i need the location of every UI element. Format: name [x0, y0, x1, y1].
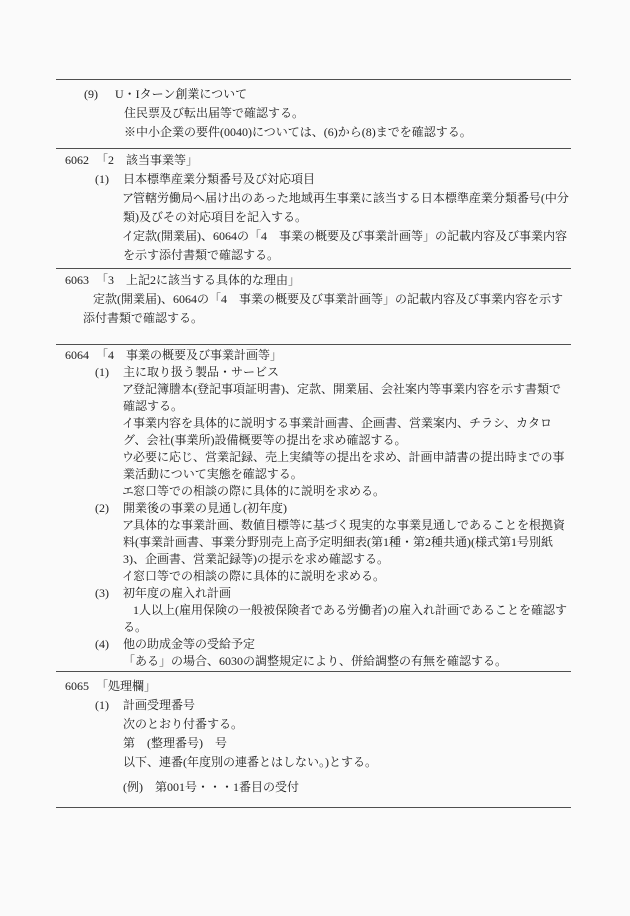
clause-text: (例) 第001号・・・1番目の受付	[123, 780, 299, 794]
clause-row: (1) 主に取り扱う製品・サービス	[0, 364, 572, 381]
document-page: (9) U・Iターン創業について 住民票及び転出届等で確認する。 ※中小企業の要…	[0, 0, 630, 916]
clause-marker: (2)	[95, 500, 109, 517]
clause-row: 「ある」の場合、6030の調整規定により、併給調整の有無を確認する。	[0, 653, 572, 670]
section-block-top: (9) U・Iターン創業について 住民票及び転出届等で確認する。 ※中小企業の要…	[0, 85, 572, 142]
section-divider	[56, 79, 571, 80]
clause-marker: (4)	[95, 636, 109, 653]
clause-text: 具体的な事業計画、数値目標等に基づく現実的な事業見通しであることを根拠資料(事業…	[123, 518, 565, 566]
clause-marker: ア	[112, 189, 134, 208]
clause-row: 以下、連番(年度別の連番とはしない。)とする。	[0, 753, 572, 772]
clause-row: エ 窓口等での相談の際に具体的に説明を求める。	[0, 483, 572, 500]
clause-marker: ア	[112, 517, 134, 534]
clause-row: (1) 計画受理番号	[0, 696, 572, 715]
clause-text: 計画受理番号	[123, 698, 195, 712]
section-block-6065: 6065 「処理欄」 (1) 計画受理番号 次のとおり付番する。 第 (整理番号…	[0, 677, 572, 797]
clause-marker: (1)	[95, 364, 109, 381]
clause-row: (1) 日本標準産業分類番号及び対応項目	[0, 170, 572, 189]
section-block-6062: 6062 「2 該当事業等」 (1) 日本標準産業分類番号及び対応項目 ア 管轄…	[0, 151, 572, 265]
clause-text: 1人以上(雇用保険の一般被保険者である労働者)の雇入れ計画であることを確認する。	[123, 603, 567, 634]
section-divider	[56, 344, 571, 345]
clause-row: 1人以上(雇用保険の一般被保険者である労働者)の雇入れ計画であることを確認する。	[0, 602, 572, 636]
clause-row: イ 事業内容を具体的に説明する事業計画書、企画書、営業案内、チラシ、カタログ、会…	[0, 415, 572, 449]
clause-marker: エ	[112, 483, 134, 500]
clause-row: ウ 必要に応じ、営業記録、売上実績等の提出を求め、計画申請書の提出時までの事業活…	[0, 449, 572, 483]
clause-marker: ウ	[112, 449, 134, 466]
section-title: 「3 上記2に該当する具体的な理由」	[96, 273, 300, 287]
clause-text: 窓口等での相談の際に具体的に説明を求める。	[133, 484, 385, 498]
clause-text: 初年度の雇入れ計画	[123, 586, 231, 600]
clause-text: 次のとおり付番する。	[123, 717, 243, 731]
clause-row: ※中小企業の要件(0040)については、(6)から(8)までを確認する。	[0, 123, 572, 142]
clause-row: 住民票及び転出届等で確認する。	[0, 104, 572, 123]
clause-marker: イ	[112, 415, 134, 432]
clause-row: (9) U・Iターン創業について	[0, 85, 572, 104]
clause-text: 開業後の事業の見通し(初年度)	[123, 501, 287, 515]
clause-text: 以下、連番(年度別の連番とはしない。)とする。	[123, 755, 377, 769]
clause-text: 事業内容を具体的に説明する事業計画書、企画書、営業案内、チラシ、カタログ、会社(…	[123, 416, 552, 447]
section-divider	[56, 807, 571, 808]
section-heading: 6062 「2 該当事業等」	[0, 151, 572, 170]
section-heading: 6064 「4 事業の概要及び事業計画等」	[0, 347, 572, 364]
section-number: 6062	[65, 151, 93, 170]
section-title: 「処理欄」	[96, 679, 156, 693]
clause-text: 必要に応じ、営業記録、売上実績等の提出を求め、計画申請書の提出時までの事業活動に…	[123, 450, 565, 481]
clause-row: ア 管轄労働局へ届け出のあった地域再生事業に該当する日本標準産業分類番号(中分類…	[0, 189, 572, 227]
section-block-6063: 6063 「3 上記2に該当する具体的な理由」 定款(開業届)、6064の「4 …	[0, 271, 572, 328]
clause-row: 第 (整理番号) 号	[0, 734, 572, 753]
section-title: 「2 該当事業等」	[96, 153, 198, 167]
clause-row: 次のとおり付番する。	[0, 715, 572, 734]
clause-row: (3) 初年度の雇入れ計画	[0, 585, 572, 602]
clause-text: 日本標準産業分類番号及び対応項目	[123, 172, 315, 186]
clause-text: 定款(開業届)、6064の「4 事業の概要及び事業計画等」の記載内容及び事業内容…	[123, 229, 567, 262]
section-divider	[56, 671, 571, 672]
clause-row: ア 登記簿謄本(登記事項証明書)、定款、開業届、会社案内等事業内容を示す書類で確…	[0, 381, 572, 415]
section-number: 6064	[65, 347, 93, 364]
section-block-6064: 6064 「4 事業の概要及び事業計画等」 (1) 主に取り扱う製品・サービス …	[0, 347, 572, 670]
clause-text: 定款(開業届)、6064の「4 事業の概要及び事業計画等」の記載内容及び事業内容…	[83, 292, 563, 325]
clause-row: ア 具体的な事業計画、数値目標等に基づく現実的な事業見通しであることを根拠資料(…	[0, 517, 572, 568]
clause-marker: イ	[112, 227, 134, 246]
clause-marker: ア	[112, 381, 134, 398]
clause-marker: (9)	[84, 85, 98, 104]
section-divider	[56, 268, 571, 269]
clause-row: (4) 他の助成金等の受給予定	[0, 636, 572, 653]
section-number: 6063	[65, 271, 93, 290]
clause-row: 定款(開業届)、6064の「4 事業の概要及び事業計画等」の記載内容及び事業内容…	[0, 290, 572, 328]
clause-text: 第 (整理番号) 号	[123, 736, 227, 750]
section-title: 「4 事業の概要及び事業計画等」	[96, 348, 282, 362]
clause-text: 主に取り扱う製品・サービス	[123, 365, 279, 379]
clause-text: 窓口等での相談の際に具体的に説明を求める。	[133, 569, 385, 583]
clause-row: (例) 第001号・・・1番目の受付	[0, 778, 572, 797]
clause-marker: (1)	[95, 170, 109, 189]
clause-text: 住民票及び転出届等で確認する。	[124, 106, 304, 120]
clause-text: ※中小企業の要件(0040)については、(6)から(8)までを確認する。	[124, 125, 472, 139]
clause-row: (2) 開業後の事業の見通し(初年度)	[0, 500, 572, 517]
clause-text: 登記簿謄本(登記事項証明書)、定款、開業届、会社案内等事業内容を示す書類で確認す…	[123, 382, 561, 413]
clause-row: イ 窓口等での相談の際に具体的に説明を求める。	[0, 568, 572, 585]
clause-row: イ 定款(開業届)、6064の「4 事業の概要及び事業計画等」の記載内容及び事業…	[0, 227, 572, 265]
section-number: 6065	[65, 677, 93, 696]
section-divider	[56, 148, 571, 149]
clause-marker: イ	[112, 568, 134, 585]
clause-text: 他の助成金等の受給予定	[123, 637, 255, 651]
clause-marker: (3)	[95, 585, 109, 602]
section-heading: 6065 「処理欄」	[0, 677, 572, 696]
clause-text: U・Iターン創業について	[115, 87, 247, 101]
clause-text: 管轄労働局へ届け出のあった地域再生事業に該当する日本標準産業分類番号(中分類)及…	[123, 191, 569, 224]
clause-text: 「ある」の場合、6030の調整規定により、併給調整の有無を確認する。	[123, 654, 507, 668]
clause-marker: (1)	[95, 696, 109, 715]
section-heading: 6063 「3 上記2に該当する具体的な理由」	[0, 271, 572, 290]
